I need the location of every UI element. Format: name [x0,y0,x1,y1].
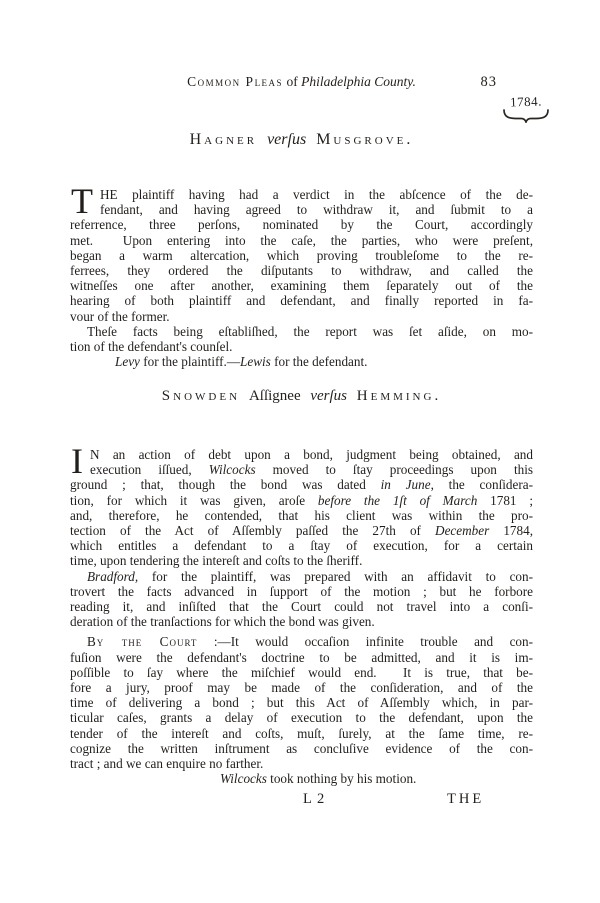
text-line: deration of the tranſactions for which t… [70,614,533,629]
text-segment: before the 1ſt of March [318,493,477,508]
text-segment: verſus [310,388,347,404]
text-segment: 1781 ; [477,493,533,508]
text-segment: time, upon tendering the intereſt and co… [70,553,362,568]
case-2-court-opinion-paragraph: By the Court :—It would occaſion infinit… [70,634,533,771]
running-title-of: of [283,74,301,89]
text-segment: tion of the defendant's counſel. [70,339,232,354]
signature-mark: L 2 [303,791,325,808]
text-line: reading it, and inſiſted that the Court … [70,599,533,614]
text-line: which entitles a defendant to a ſtay of … [70,538,533,553]
case-1-counsel-line: Levy for the plaintiff.—Lewis for the de… [70,354,533,369]
drop-cap: T [70,187,100,215]
text-line: fuſion were the defendant's doctrine to … [70,650,533,665]
text-segment: fore a jury, proof may be made of the co… [70,680,533,695]
text-line: Bradford, for the plaintiff, was prepare… [70,569,533,584]
text-segment: Theſe facts being eſtabliſhed, the repor… [87,324,533,339]
text-segment: Levy [115,354,140,369]
text-line: cognize the written inſtrument as conclu… [70,741,533,756]
text-line: execution iſſued, Wilcocks moved to ſtay… [70,462,533,477]
text-line: Theſe facts being eſtabliſhed, the repor… [70,324,533,339]
text-line: time, upon tendering the intereſt and co… [70,553,533,568]
text-segment: Musgrove. [316,131,413,148]
page-number: 83 [481,74,498,91]
text-line: vour of the former. [70,309,533,324]
year-brace-icon [502,109,550,123]
text-line: tract ; and we can enquire no farther. [70,756,533,771]
text-segment: tion, for which it was given, aroſe [70,493,318,508]
text-line: HE plaintiff having had a verdict in the… [70,187,533,202]
text-segment: for the defendant. [271,354,368,369]
text-segment: took nothing by his motion. [267,771,416,786]
case-1-facts-paragraph: Theſe facts being eſtabliſhed, the repor… [70,324,533,354]
text-segment: Hemming. [357,388,441,404]
text-line: ticular caſes, grants a delay of executi… [70,710,533,725]
text-segment: deration of the tranſactions for which t… [70,614,375,629]
text-segment: :—It would occaſion infinite trouble and… [197,634,533,649]
text-segment: tection of the Act of Aſſembly paſſed th… [70,523,435,538]
case-2-disposition-line: Wilcocks took nothing by his motion. [70,771,533,786]
text-segment: Lewis [240,354,271,369]
text-line: hearing of both plaintiff and defendant,… [70,293,533,308]
text-line: began a warm altercation, which proving … [70,248,533,263]
case-2-title: Snowden Aſſignee verſus Hemming. [70,388,533,405]
text-segment: tract ; and we can enquire no farther. [70,756,263,771]
text-line: fendant, and having agreed to withdraw i… [70,202,533,217]
text-segment: referrence, three perſons, nominated by … [70,217,533,232]
margin-year-note: 1784. [500,94,552,123]
text-segment [347,388,357,404]
text-segment: Wilcocks [209,462,256,477]
text-segment: hearing of both plaintiff and defendant,… [70,293,533,308]
text-line: met. Upon entering into the caſe, the pa… [70,233,533,248]
text-line: tion, for which it was given, aroſe befo… [70,493,533,508]
text-segment: ticular caſes, grants a delay of executi… [70,710,533,725]
text-segment: December [435,523,489,538]
case-2-bradford-paragraph: Bradford, for the plaintiff, was prepare… [70,569,533,630]
case-2-opening-paragraph: I N an action of debt upon a bond, judgm… [70,447,533,569]
text-line: fore a jury, proof may be made of the co… [70,680,533,695]
text-line: tection of the Act of Aſſembly paſſed th… [70,523,533,538]
text-line: and, therefore, he contended, that his c… [70,508,533,523]
text-line: time of delivering a bond ; but this Act… [70,695,533,710]
text-segment: fendant, and having agreed to withdraw i… [100,202,533,217]
text-segment: in June [381,477,431,492]
text-line: Wilcocks took nothing by his motion. [70,771,533,786]
text-segment: By the Court [87,634,197,649]
text-segment: cognize the written inſtrument as conclu… [70,741,533,756]
text-segment: and, therefore, he contended, that his c… [70,508,533,523]
text-segment [306,131,316,148]
text-segment [257,131,267,148]
text-segment: moved to ſtay proceedings upon this [256,462,533,477]
text-segment: fuſion were the defendant's doctrine to … [70,650,533,665]
text-line: poſſible to ſay where the miſchief would… [70,665,533,680]
running-title-place: Philadelphia County. [301,74,416,89]
case-1-body: T HE plaintiff having had a verdict in t… [70,187,533,369]
case-1-title: Hagner verſus Musgrove. [70,131,533,149]
text-segment: Bradford, [87,569,138,584]
text-segment: verſus [267,131,306,148]
case-1-opening-paragraph: T HE plaintiff having had a verdict in t… [70,187,533,324]
text-segment: met. Upon entering into the caſe, the pa… [70,233,533,248]
running-title-court: Common Pleas [187,74,283,89]
text-segment: time of delivering a bond ; but this Act… [70,695,533,710]
text-segment: 1784, [489,523,533,538]
text-segment: for the plaintiff.— [140,354,240,369]
text-segment: witneſſes one after another, examining t… [70,278,533,293]
text-line: witneſſes one after another, examining t… [70,278,533,293]
text-segment: , the conſidera- [431,477,533,492]
text-segment: tender of the intereſt and coſts, muſt, … [70,726,533,741]
drop-cap: I [70,447,90,475]
text-line: N an action of debt upon a bond, judgmen… [70,447,533,462]
text-line: tender of the intereſt and coſts, muſt, … [70,726,533,741]
text-line: Levy for the plaintiff.—Lewis for the de… [70,354,533,369]
text-segment: vour of the former. [70,309,170,324]
text-line: ferrees, they ordered the diſputants to … [70,263,533,278]
text-segment: Hagner [190,131,257,148]
year-label: 1784. [500,93,553,111]
text-segment: N an action of debt upon a bond, judgmen… [90,447,533,462]
text-segment: reading it, and inſiſted that the Court … [70,599,533,614]
text-line: tion of the defendant's counſel. [70,339,533,354]
text-line: trovert the facts advanced in ſupport of… [70,584,533,599]
text-line: ground ; that, though the bond was dated… [70,477,533,492]
text-segment: ground ; that, though the bond was dated [70,477,381,492]
catchword: THE [447,791,484,808]
text-segment: Snowden [162,388,240,404]
text-line: referrence, three perſons, nominated by … [70,217,533,232]
text-segment: Aſſignee [240,388,310,404]
text-segment: poſſible to ſay where the miſchief would… [70,665,533,680]
text-segment: HE plaintiff having had a verdict in the… [100,187,533,202]
text-segment: which entitles a defendant to a ſtay of … [70,538,533,553]
case-2-body: I N an action of debt upon a bond, judgm… [70,447,533,786]
running-header: Common Pleas of Philadelphia County. 83 [70,74,533,90]
text-segment: Wilcocks [220,771,267,786]
text-segment: trovert the facts advanced in ſupport of… [70,584,533,599]
text-segment: execution iſſued, [90,462,209,477]
scanned-book-page: Common Pleas of Philadelphia County. 83 … [0,0,600,903]
text-segment: ferrees, they ordered the diſputants to … [70,263,533,278]
text-segment: for the plaintiff, was prepared with an … [138,569,533,584]
text-line: By the Court :—It would occaſion infinit… [70,634,533,649]
text-segment: began a warm altercation, which proving … [70,248,533,263]
